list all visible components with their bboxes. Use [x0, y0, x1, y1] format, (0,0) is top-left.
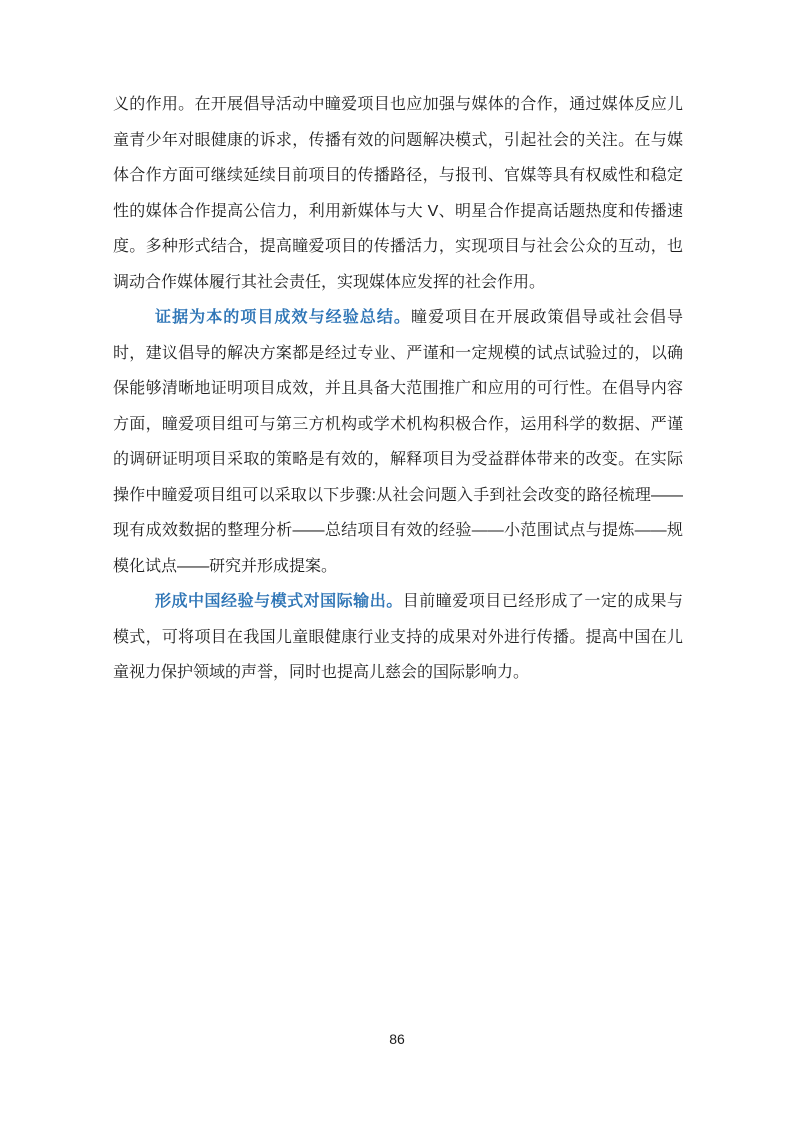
paragraph-heading: 形成中国经验与模式对国际输出。 [155, 593, 403, 610]
paragraph-text: 瞳爱项目在开展政策倡导或社会倡导时，建议倡导的解决方案都是经过专业、严谨和一定规… [113, 309, 683, 575]
paragraph-evidence-summary: 证据为本的项目成效与经验总结。瞳爱项目在开展政策倡导或社会倡导时，建议倡导的解决… [113, 300, 683, 584]
page-number: 86 [0, 1031, 794, 1047]
page-content: 义的作用。在开展倡导活动中瞳爱项目也应加强与媒体的合作，通过媒体反应儿童青少年对… [113, 87, 683, 691]
paragraph-china-model-export: 形成中国经验与模式对国际输出。目前瞳爱项目已经形成了一定的成果与模式，可将项目在… [113, 584, 683, 691]
paragraph-continuation: 义的作用。在开展倡导活动中瞳爱项目也应加强与媒体的合作，通过媒体反应儿童青少年对… [113, 87, 683, 300]
paragraph-heading: 证据为本的项目成效与经验总结。 [155, 309, 411, 326]
document-page: 义的作用。在开展倡导活动中瞳爱项目也应加强与媒体的合作，通过媒体反应儿童青少年对… [0, 0, 794, 1123]
paragraph-text: 义的作用。在开展倡导活动中瞳爱项目也应加强与媒体的合作，通过媒体反应儿童青少年对… [113, 96, 683, 291]
